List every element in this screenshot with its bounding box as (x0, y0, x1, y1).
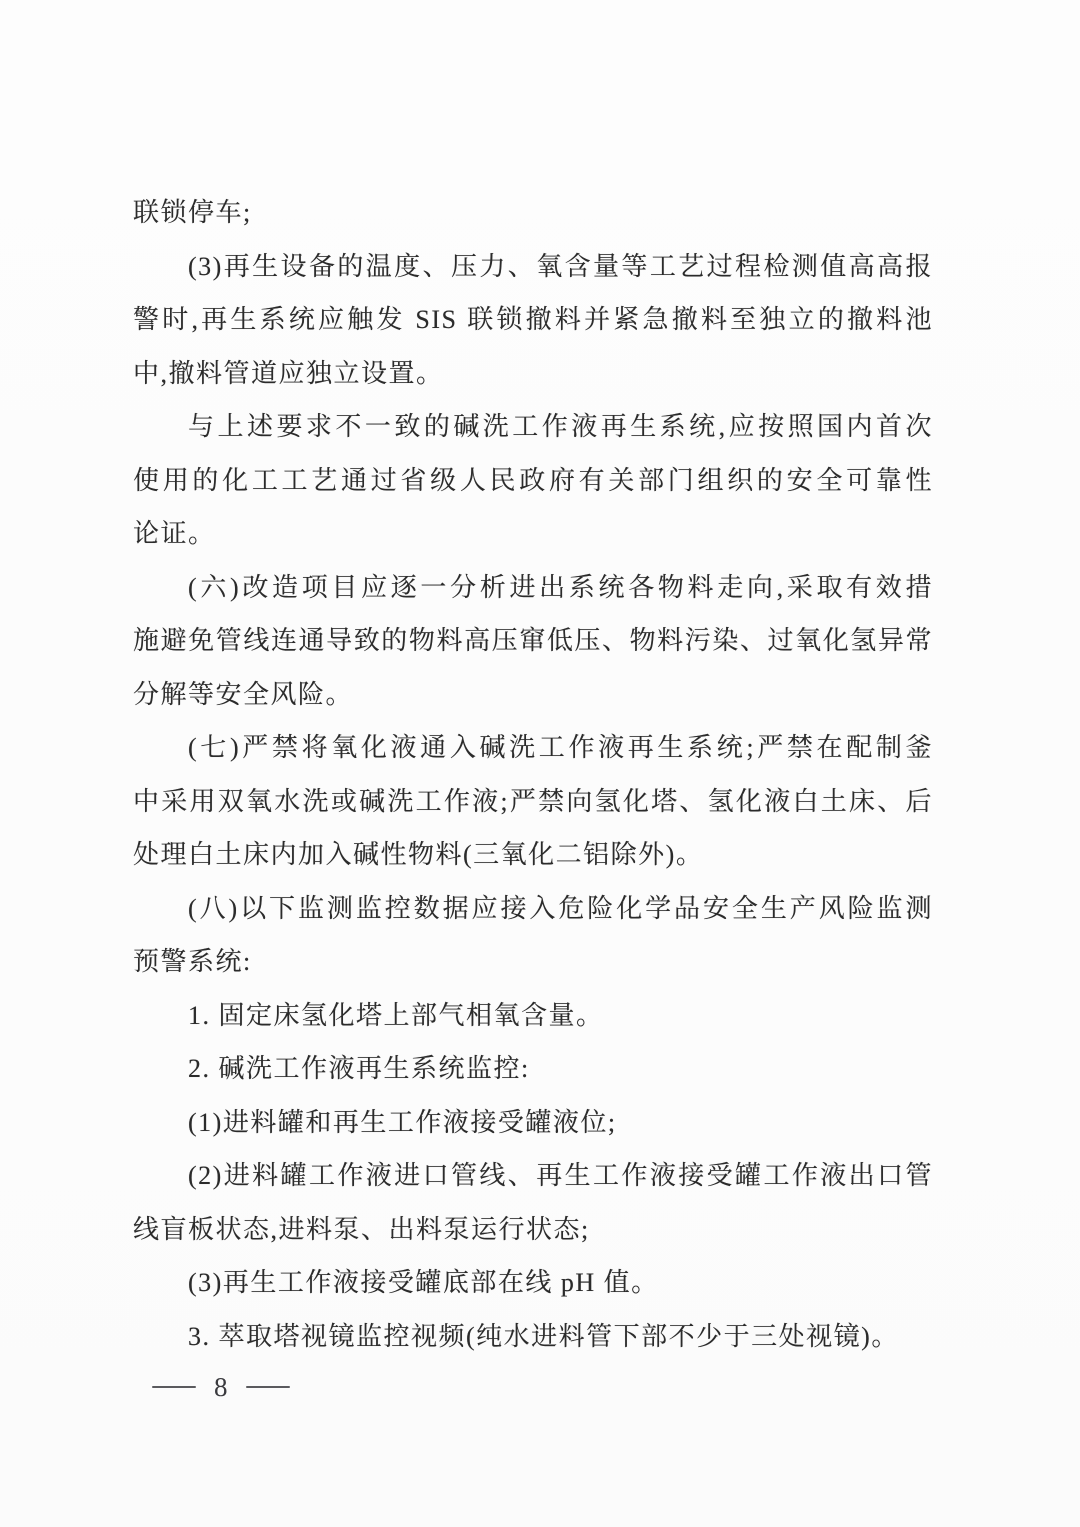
text-line: 2. 碱洗工作液再生系统监控: (133, 1042, 933, 1096)
text-line: (七)严禁将氧化液通入碱洗工作液再生系统;严禁在配制釜 (133, 721, 933, 775)
text-line: 警时,再生系统应触发 SIS 联锁撤料并紧急撤料至独立的撤料池 (133, 293, 933, 347)
text-line: 分解等安全风险。 (133, 668, 933, 722)
footer-left-dash (152, 1386, 196, 1388)
text-line: 中,撤料管道应独立设置。 (133, 347, 933, 401)
text-line: (2)进料罐工作液进口管线、再生工作液接受罐工作液出口管 (133, 1149, 933, 1203)
text-line: (八)以下监测监控数据应接入危险化学品安全生产风险监测 (133, 882, 933, 936)
text-line: (3)再生工作液接受罐底部在线 pH 值。 (133, 1256, 933, 1310)
text-line: 预警系统: (133, 935, 933, 989)
document-body-text: 联锁停车; (3)再生设备的温度、压力、氧含量等工艺过程检测值高高报 警时,再生… (133, 186, 933, 1363)
text-line: 3. 萃取塔视镜监控视频(纯水进料管下部不少于三处视镜)。 (133, 1310, 933, 1364)
page-number: 8 (214, 1369, 228, 1405)
text-line: 中采用双氧水洗或碱洗工作液;严禁向氢化塔、氢化液白土床、后 (133, 775, 933, 829)
text-line: 使用的化工工艺通过省级人民政府有关部门组织的安全可靠性 (133, 454, 933, 508)
text-line: 施避免管线连通导致的物料高压窜低压、物料污染、过氧化氢异常 (133, 614, 933, 668)
text-line: 处理白土床内加入碱性物料(三氧化二铝除外)。 (133, 828, 933, 882)
footer-right-dash (246, 1386, 290, 1388)
text-line: (六)改造项目应逐一分析进出系统各物料走向,采取有效措 (133, 561, 933, 615)
text-line: (1)进料罐和再生工作液接受罐液位; (133, 1096, 933, 1150)
text-line: 1. 固定床氢化塔上部气相氧含量。 (133, 989, 933, 1043)
page-footer: 8 (152, 1369, 290, 1405)
document-page: 联锁停车; (3)再生设备的温度、压力、氧含量等工艺过程检测值高高报 警时,再生… (0, 0, 1080, 1527)
text-line: (3)再生设备的温度、压力、氧含量等工艺过程检测值高高报 (133, 240, 933, 294)
text-line: 与上述要求不一致的碱洗工作液再生系统,应按照国内首次 (133, 400, 933, 454)
text-line: 论证。 (133, 507, 933, 561)
text-line: 线盲板状态,进料泵、出料泵运行状态; (133, 1203, 933, 1257)
text-line: 联锁停车; (133, 186, 933, 240)
